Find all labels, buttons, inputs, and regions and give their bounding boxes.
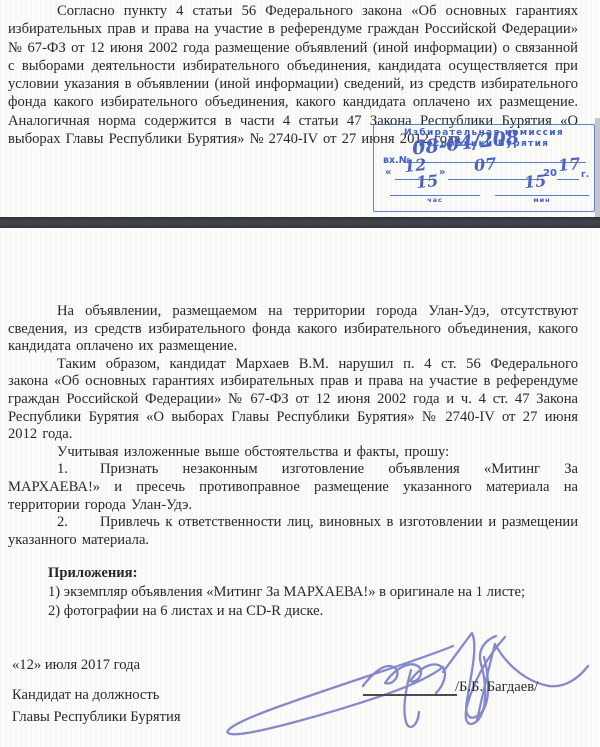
stamp-year-handwritten: 17 [557, 154, 581, 175]
attachment-item-2: 2) фотографии на 6 листах и на CD-R диск… [48, 602, 578, 621]
paragraph-violation-found: На объявлении, размещаемом на территории… [8, 303, 578, 356]
demand-number: 2. [57, 514, 100, 532]
attachment-item-1: 1) экземпляр объявления «Митинг За МАРХА… [48, 583, 578, 602]
scan-edge-artifact [595, 118, 600, 217]
stamp-minutes-label: мин [495, 196, 589, 204]
attachments-block: Приложения: 1) экземпляр объявления «Мит… [48, 564, 578, 620]
page-break-scan-band [0, 217, 600, 228]
stamp-month-handwritten: 07 [473, 154, 497, 175]
stamp-minutes-handwritten: 15 [523, 171, 547, 192]
demand-item-1: 1.Признать незаконным изготовление объяв… [8, 461, 578, 514]
scanned-document-page: Согласно пункту 4 статьи 56 Федерального… [0, 0, 600, 747]
incoming-registration-stamp: Избирательная комиссия Республики Буряти… [373, 124, 595, 212]
demand-number: 1. [57, 461, 100, 479]
demand-item-2: 2.Привлечь к ответственности лиц, виновн… [8, 514, 578, 549]
paragraph-request-intro: Учитывая изложенные выше обстоятельства … [8, 444, 578, 462]
stamp-hours-label: час [390, 196, 480, 204]
attachments-title: Приложения: [48, 564, 578, 583]
signature-underline [363, 694, 457, 696]
stamp-hours-handwritten: 15 [415, 171, 439, 192]
paragraph-conclusion: Таким образом, кандидат Мархаев В.М. нар… [8, 356, 578, 444]
signer-name: /Б.Б. Багдаев/ [455, 679, 538, 696]
